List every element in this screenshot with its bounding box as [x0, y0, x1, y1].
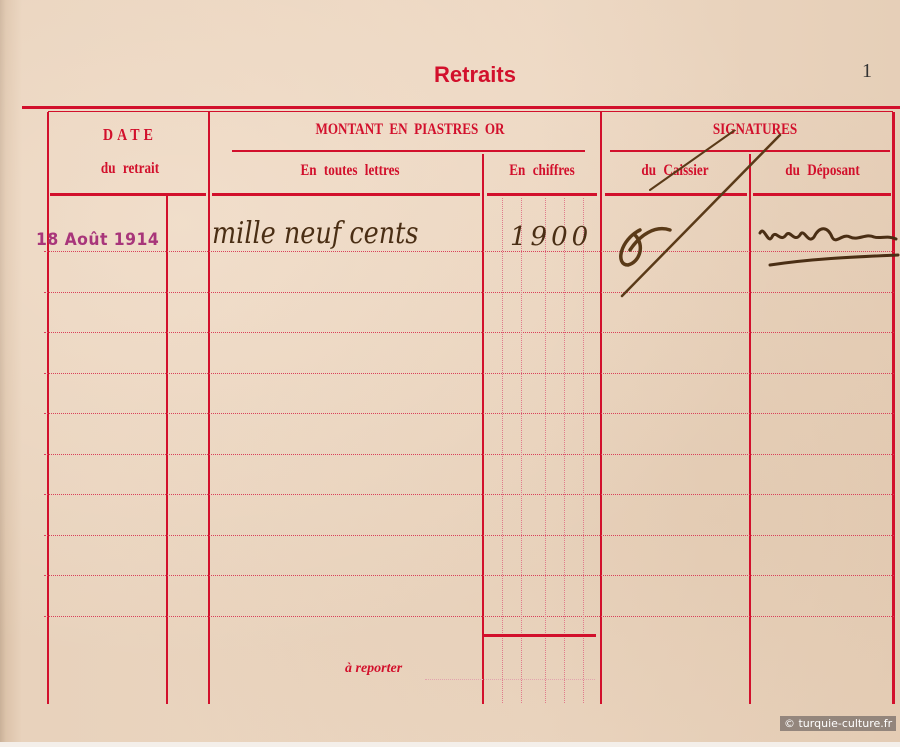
figures-grid-line — [502, 198, 503, 703]
figures-grid-line — [583, 198, 584, 703]
header-bottom-figures — [487, 193, 597, 196]
date-subdivider — [166, 196, 168, 704]
row-line — [44, 494, 894, 495]
row-line — [44, 332, 894, 333]
depositor-signature — [750, 215, 900, 275]
date-header: DATE — [73, 125, 188, 145]
page-number: 1 — [862, 60, 872, 83]
row-line — [44, 373, 894, 374]
row-line — [44, 413, 894, 414]
carry-forward-label: à reporter — [345, 661, 402, 677]
row-line — [44, 535, 894, 536]
top-rule-thin — [48, 111, 893, 112]
words-figures-divider — [482, 154, 484, 704]
figures-grid-line — [564, 198, 565, 703]
header-bottom-words — [212, 193, 480, 196]
page-title: Retraits — [410, 62, 540, 88]
header-bottom-date — [50, 193, 206, 196]
carry-forward-dotted-line — [425, 679, 595, 680]
amount-header: MONTANT EN PIASTRES OR — [271, 121, 550, 139]
figures-grid-line — [521, 198, 522, 703]
figures-grid-line — [545, 198, 546, 703]
amount-words-header: En toutes lettres — [276, 162, 424, 180]
row-line — [44, 454, 894, 455]
watermark: © turquie-culture.fr — [780, 716, 896, 731]
page-edge — [0, 742, 900, 747]
withdrawal-date-stamp: 18 Août 1914 — [36, 230, 159, 250]
row-line — [44, 616, 894, 617]
date-subheader: du retrait — [73, 160, 188, 178]
amount-in-figures: 1900 — [510, 222, 592, 252]
total-rule — [484, 634, 596, 637]
top-rule — [22, 106, 900, 109]
amount-in-words: mille neuf cents — [212, 216, 418, 251]
row-line — [44, 575, 894, 576]
amount-figures-header: En chiffres — [494, 162, 589, 180]
amount-header-divider — [232, 150, 585, 152]
